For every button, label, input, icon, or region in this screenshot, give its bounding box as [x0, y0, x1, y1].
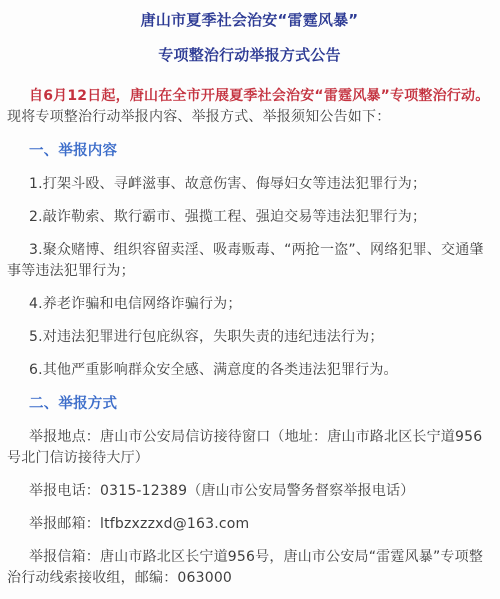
announcement-title-line1: 唐山市夏季社会治安“雷霆风暴”	[7, 10, 492, 31]
method-item-location: 举报地点：唐山市公安局信访接待窗口（地址：唐山市路北区长宁道956号北门信访接待…	[7, 427, 492, 469]
intro-red-lead: 自6月12日起，唐山在全市开展夏季社会治安“雷霆风暴”专项整治行动。	[29, 88, 489, 104]
method-item-email: 举报邮箱：ltfbzxzzxd@163.com	[7, 514, 492, 535]
method-item-phone: 举报电话：0315-12389（唐山市公安局警务督察举报电话）	[7, 481, 492, 502]
content-item-2: 2.敲诈勒索、欺行霸市、强揽工程、强迫交易等违法犯罪行为；	[7, 207, 492, 228]
content-item-4: 4.养老诈骗和电信网络诈骗行为；	[7, 294, 492, 315]
announcement-title-line2: 专项整治行动举报方式公告	[7, 45, 492, 66]
method-item-mailbox: 举报信箱：唐山市路北区长宁道956号，唐山市公安局“雷霆风暴”专项整治行动线索接…	[7, 547, 492, 589]
content-item-5: 5.对违法犯罪进行包庇纵容，失职失责的违纪违法行为；	[7, 327, 492, 348]
content-item-1: 1.打架斗殴、寻衅滋事、故意伤害、侮辱妇女等违法犯罪行为；	[7, 174, 492, 195]
content-item-6: 6.其他严重影响群众安全感、满意度的各类违法犯罪行为。	[7, 360, 492, 381]
section-heading-methods: 二、举报方式	[7, 394, 492, 415]
announcement-page: 唐山市夏季社会治安“雷霆风暴” 专项整治行动举报方式公告 自6月12日起，唐山在…	[0, 0, 500, 599]
content-item-3: 3.聚众赌博、组织容留卖淫、吸毒贩毒、“两抢一盗”、网络犯罪、交通肇事等违法犯罪…	[7, 240, 492, 282]
intro-rest: 现将专项整治行动举报内容、举报方式、举报须知公告如下：	[7, 109, 390, 125]
intro-paragraph: 自6月12日起，唐山在全市开展夏季社会治安“雷霆风暴”专项整治行动。现将专项整治…	[7, 86, 492, 128]
section-heading-content: 一、举报内容	[7, 141, 492, 162]
